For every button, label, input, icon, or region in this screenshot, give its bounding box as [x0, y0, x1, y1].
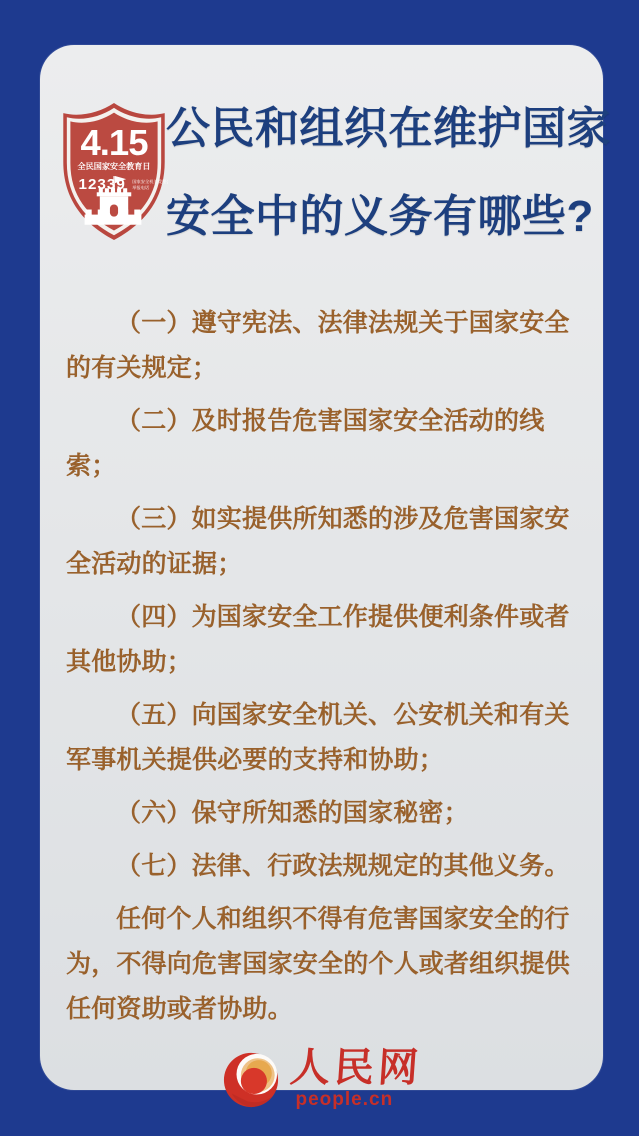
tower-door-shape — [110, 204, 118, 216]
badge-date-text: 4.15 — [81, 122, 149, 163]
poster-title-line1: 公民和组织在维护国家 — [166, 85, 611, 173]
badge-subtitle-text: 全民国家安全教育日 — [78, 161, 151, 171]
people-cn-globe-icon — [222, 1051, 280, 1109]
obligation-item-4: （四）为国家安全工作提供便利条件或者其他协助； — [66, 595, 594, 685]
obligation-item-7: （七）法律、行政法规规定的其他义务。 — [66, 844, 594, 889]
poster-header: 4.15 全民国家安全教育日 12339 国家安全机关受理公民和组织 举报电话 — [40, 91, 603, 287]
people-cn-logo-text-en: people.cn — [290, 1089, 394, 1111]
poster-title: 公民和组织在维护国家 安全中的义务有哪些? — [166, 85, 611, 261]
people-cn-logo: 人民网 people.cn — [40, 1048, 603, 1111]
national-security-day-badge-icon: 4.15 全民国家安全教育日 12339 国家安全机关受理公民和组织 举报电话 — [60, 101, 168, 243]
closing-paragraph: 任何个人和组织不得有危害国家安全的行为，不得向危害国家安全的个人或者组织提供任何… — [66, 897, 594, 1032]
obligation-item-2: （二）及时报告危害国家安全活动的线索； — [66, 399, 594, 489]
poster-card: 4.15 全民国家安全教育日 12339 国家安全机关受理公民和组织 举报电话 — [40, 45, 603, 1090]
badge-hotline-note-line2: 举报电话 — [132, 184, 150, 191]
people-cn-logo-text-cn: 人民网 — [288, 1048, 423, 1088]
badge-hotline-note-line1: 国家安全机关受理公民和组织 — [132, 178, 168, 185]
obligation-item-1: （一）遵守宪法、法律法规关于国家安全的有关规定； — [66, 301, 594, 391]
poster-title-line2: 安全中的义务有哪些? — [166, 173, 611, 261]
obligation-item-3: （三）如实提供所知悉的涉及危害国家安全活动的证据； — [66, 497, 594, 587]
obligation-item-6: （六）保守所知悉的国家秘密； — [66, 791, 594, 836]
poster-background: { "page": { "background_color": "#1e3a8f… — [0, 0, 639, 1136]
obligation-list: （一）遵守宪法、法律法规关于国家安全的有关规定； （二）及时报告危害国家安全活动… — [66, 301, 594, 1032]
obligation-item-5: （五）向国家安全机关、公安机关和有关军事机关提供必要的支持和协助； — [66, 693, 594, 783]
